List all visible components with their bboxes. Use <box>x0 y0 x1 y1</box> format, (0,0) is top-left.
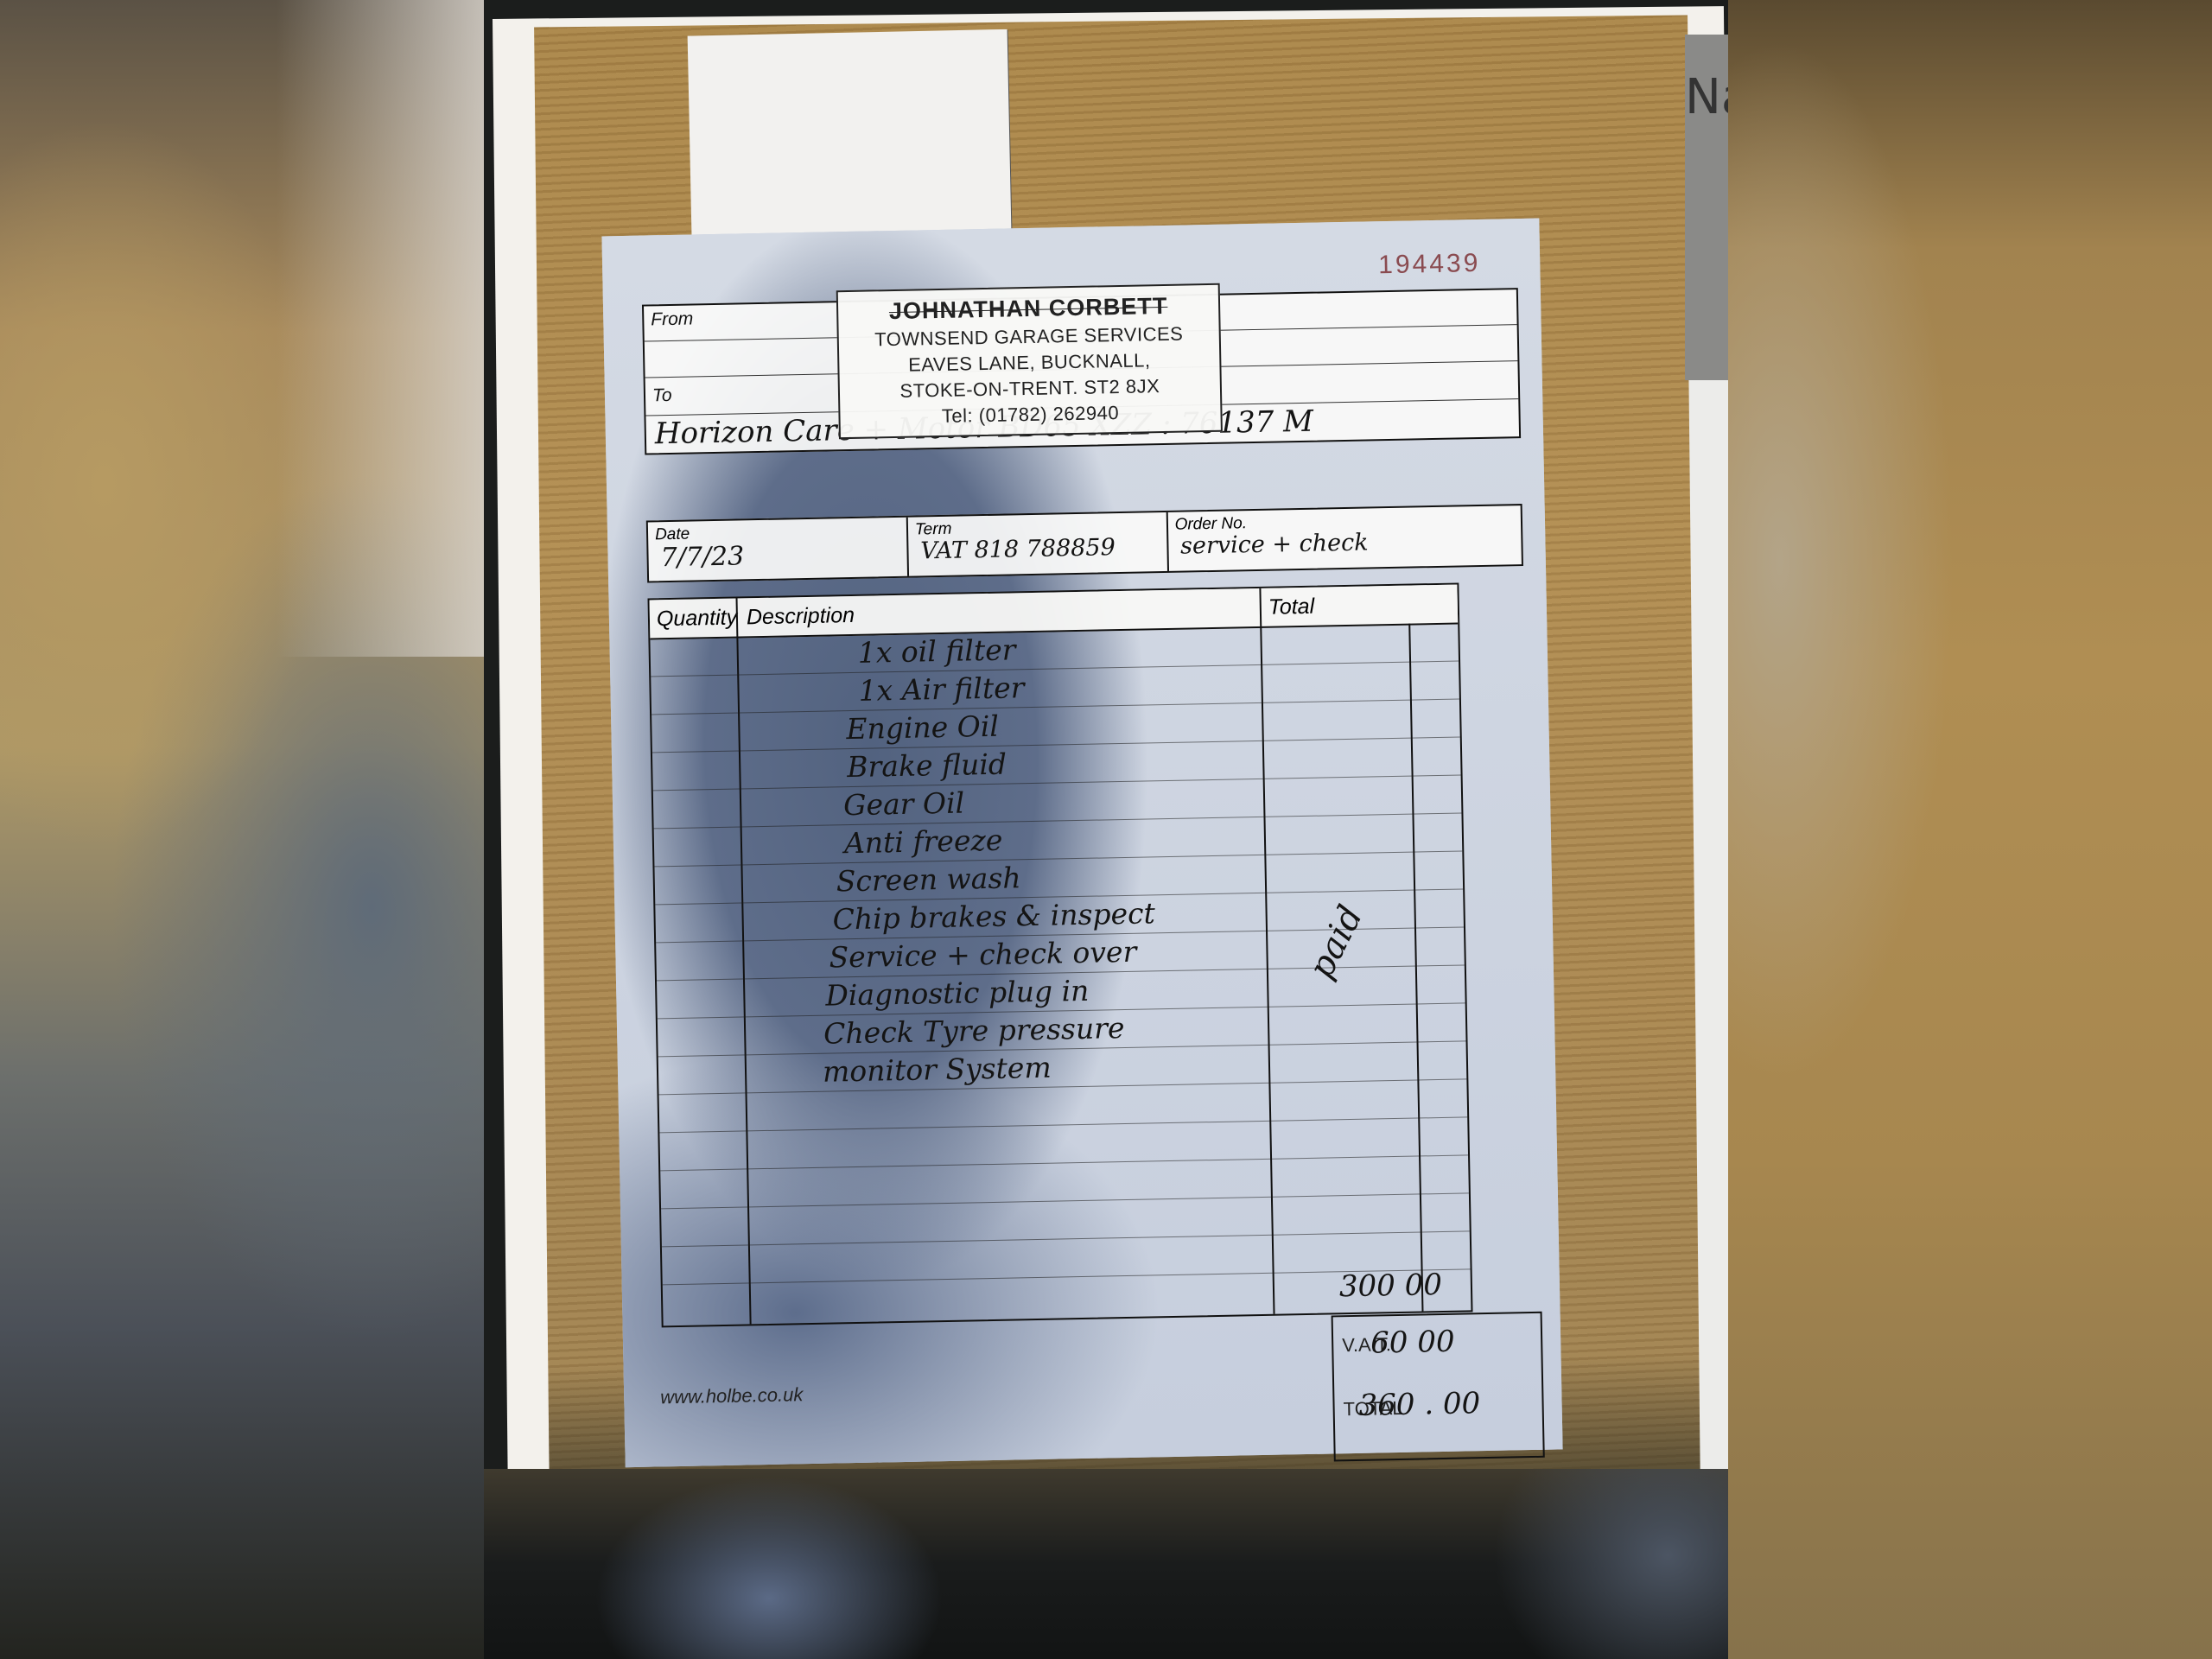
order-no-value: service + check <box>1180 529 1369 559</box>
blurred-left-panel <box>0 0 484 1659</box>
serial-number: 194439 <box>1378 249 1481 280</box>
vat-value: 60 00 <box>1370 1325 1455 1361</box>
card-text: Na <box>1685 69 1728 125</box>
date-cell: Date 7/7/23 <box>648 518 909 582</box>
ruled-line <box>654 850 1462 867</box>
blurred-right-panel <box>1728 0 2212 1659</box>
stamp-address-1: EAVES LANE, BUCKNALL, <box>839 348 1219 378</box>
order-no-cell: Order No. service + check <box>1167 505 1522 571</box>
invoice-slip: 194439 From To Horizon Care + Motor BD65… <box>601 219 1562 1468</box>
ruled-line <box>652 698 1459 715</box>
subtotal-value: 300 00 <box>1339 1268 1443 1304</box>
printer-url: www.holbe.co.uk <box>660 1383 804 1408</box>
from-label: From <box>651 308 693 330</box>
invoice-photo: 194439 From To Horizon Care + Motor BD65… <box>484 0 1728 1659</box>
date-value: 7/7/23 <box>660 541 744 573</box>
ruled-line <box>654 812 1462 829</box>
total-header: Total <box>1268 594 1315 620</box>
line-item: Anti freeze <box>844 823 1003 861</box>
line-item: 1x oil filter <box>857 632 1015 670</box>
backing-sheet: 194439 From To Horizon Care + Motor BD65… <box>493 6 1728 1514</box>
supplier-stamp: JOHNATHAN CORBETT TOWNSEND GARAGE SERVIC… <box>836 283 1223 439</box>
quantity-header: Quantity <box>657 606 738 632</box>
total-value: 360 . 00 <box>1358 1386 1480 1423</box>
ruled-line <box>662 1230 1470 1247</box>
line-item: Brake fluid <box>847 747 1007 785</box>
floor-area <box>484 1469 1728 1659</box>
ruled-line <box>659 1116 1467 1133</box>
ruled-line <box>660 1154 1468 1171</box>
partial-card: Na <box>1685 35 1728 380</box>
line-item: Diagnostic plug in <box>825 974 1090 1013</box>
column-divider <box>1259 588 1274 1314</box>
term-cell: Term VAT 818 788859 <box>908 512 1169 576</box>
line-item: Gear Oil <box>843 786 965 823</box>
ruled-line <box>652 736 1460 753</box>
stamp-business: TOWNSEND GARAGE SERVICES <box>839 322 1219 352</box>
column-divider <box>736 599 752 1325</box>
meta-row: Date 7/7/23 Term VAT 818 788859 Order No… <box>646 504 1523 582</box>
to-label: To <box>652 385 672 406</box>
line-item: monitor System <box>823 1051 1052 1089</box>
line-item: Engine Oil <box>846 709 999 746</box>
table-header: Quantity Description Total <box>650 585 1459 640</box>
ruled-line <box>653 774 1461 791</box>
stamp-address-2: STOKE-ON-TRENT. ST2 8JX <box>840 374 1220 404</box>
term-value: VAT 818 788859 <box>920 534 1116 564</box>
ruled-line <box>651 661 1459 677</box>
ruled-line <box>661 1192 1469 1209</box>
line-item: Chip brakes & inspect <box>832 896 1155 936</box>
description-header: Description <box>747 603 855 630</box>
line-item: Service + check over <box>829 935 1136 975</box>
line-item: Screen wash <box>836 861 1020 898</box>
column-divider <box>1408 624 1423 1312</box>
stamp-phone: Tel: (01782) 262940 <box>840 400 1220 429</box>
stamp-name: JOHNATHAN CORBETT <box>838 292 1219 326</box>
line-item: Check Tyre pressure <box>823 1011 1125 1051</box>
line-item: 1x Air filter <box>858 671 1025 708</box>
ruled-line <box>659 1078 1467 1095</box>
